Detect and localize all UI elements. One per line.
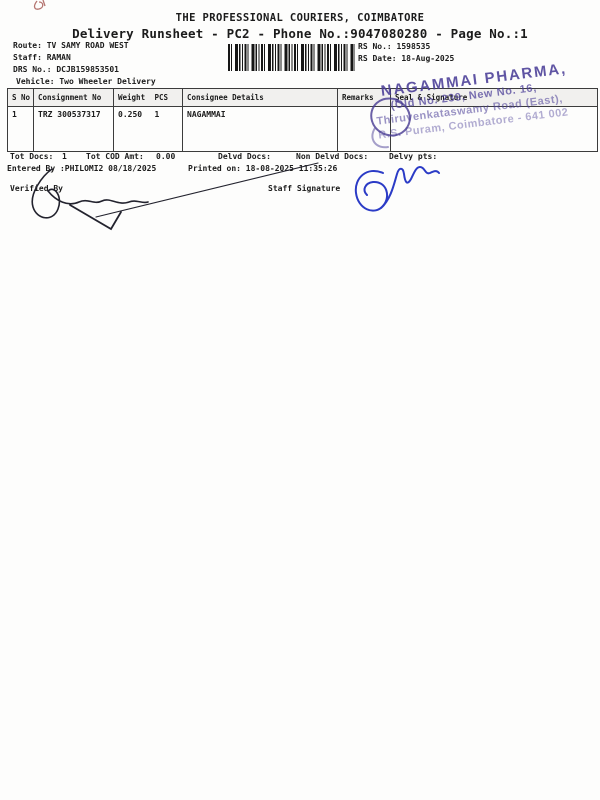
- rs-date-row: RS Date: 18-Aug-2025: [358, 55, 454, 64]
- table-header-row: S No Consignment No Weight PCS Consignee…: [8, 89, 598, 107]
- rs-no-value: 1598535: [397, 42, 431, 51]
- tot-docs-label: Tot Docs:: [10, 153, 53, 162]
- non-delvd-docs-label: Non Delvd Docs:: [296, 153, 368, 162]
- cell-remarks: [338, 107, 391, 152]
- col-header-weight: Weight: [114, 89, 151, 107]
- cell-weight: 0.250: [114, 107, 151, 152]
- staff-signature-ink: [356, 167, 439, 211]
- cell-seal-signature: [391, 107, 598, 152]
- staff-value: RAMAN: [47, 53, 71, 62]
- route-row: Route: TV SAMY ROAD WEST: [13, 42, 129, 51]
- delvd-docs-label: Delvd Docs:: [218, 153, 271, 162]
- cell-consignee: NAGAMMAI: [183, 107, 338, 152]
- rs-barcode: [228, 44, 355, 71]
- staff-row: Staff: RAMAN: [13, 54, 71, 63]
- rs-date-label: RS Date:: [358, 54, 397, 63]
- consignment-table: S No Consignment No Weight PCS Consignee…: [7, 88, 598, 152]
- vehicle-row: Vehicle: Two Wheeler Delivery: [16, 78, 156, 87]
- col-header-pcs: PCS: [151, 89, 183, 107]
- col-header-s-no: S No: [8, 89, 34, 107]
- vehicle-value: Two Wheeler Delivery: [59, 77, 155, 86]
- drs-value: DCJB159853501: [56, 65, 119, 74]
- tot-cod-label: Tot COD Amt:: [86, 153, 144, 162]
- route-label: Route:: [13, 41, 42, 50]
- cell-pcs: 1: [151, 107, 183, 152]
- drs-row: DRS No.: DCJB159853501: [13, 66, 119, 75]
- vehicle-label: Vehicle:: [16, 77, 55, 86]
- rs-no-label: RS No.:: [358, 42, 392, 51]
- staff-label: Staff:: [13, 53, 42, 62]
- rs-date-value: 18-Aug-2025: [401, 54, 454, 63]
- col-header-seal-signature: Seal & Signature: [391, 89, 598, 107]
- rs-no-row: RS No.: 1598535: [358, 43, 430, 52]
- printed-on-text: Printed on: 18-08-2025 11:35:26: [188, 165, 337, 174]
- delvy-pts-label: Delvy pts:: [389, 153, 437, 162]
- col-header-consignee-details: Consignee Details: [183, 89, 338, 107]
- delivery-runsheet-document: THE PROFESSIONAL COURIERS, COIMBATORE De…: [0, 0, 600, 800]
- page-title: THE PROFESSIONAL COURIERS, COIMBATORE: [0, 13, 600, 25]
- cell-s-no: 1: [8, 107, 34, 152]
- drs-label: DRS No.:: [13, 65, 52, 74]
- page-subtitle: Delivery Runsheet - PC2 - Phone No.:9047…: [0, 27, 600, 41]
- cell-consignment-no: TRZ 300537317: [34, 107, 114, 152]
- route-value: TV SAMY ROAD WEST: [47, 41, 129, 50]
- table-row: 1 TRZ 300537317 0.250 1 NAGAMMAI: [8, 107, 598, 152]
- verified-by-label: Verified By: [10, 185, 63, 194]
- entered-by-text: Entered By :PHILOMI2 08/18/2025: [7, 165, 156, 174]
- tot-cod-value: 0.00: [156, 153, 175, 162]
- staff-signature-label: Staff Signature: [268, 185, 340, 194]
- col-header-remarks: Remarks: [338, 89, 391, 107]
- tot-docs-value: 1: [62, 153, 67, 162]
- col-header-consignment-no: Consignment No: [34, 89, 114, 107]
- scan-artifact: [35, 0, 45, 9]
